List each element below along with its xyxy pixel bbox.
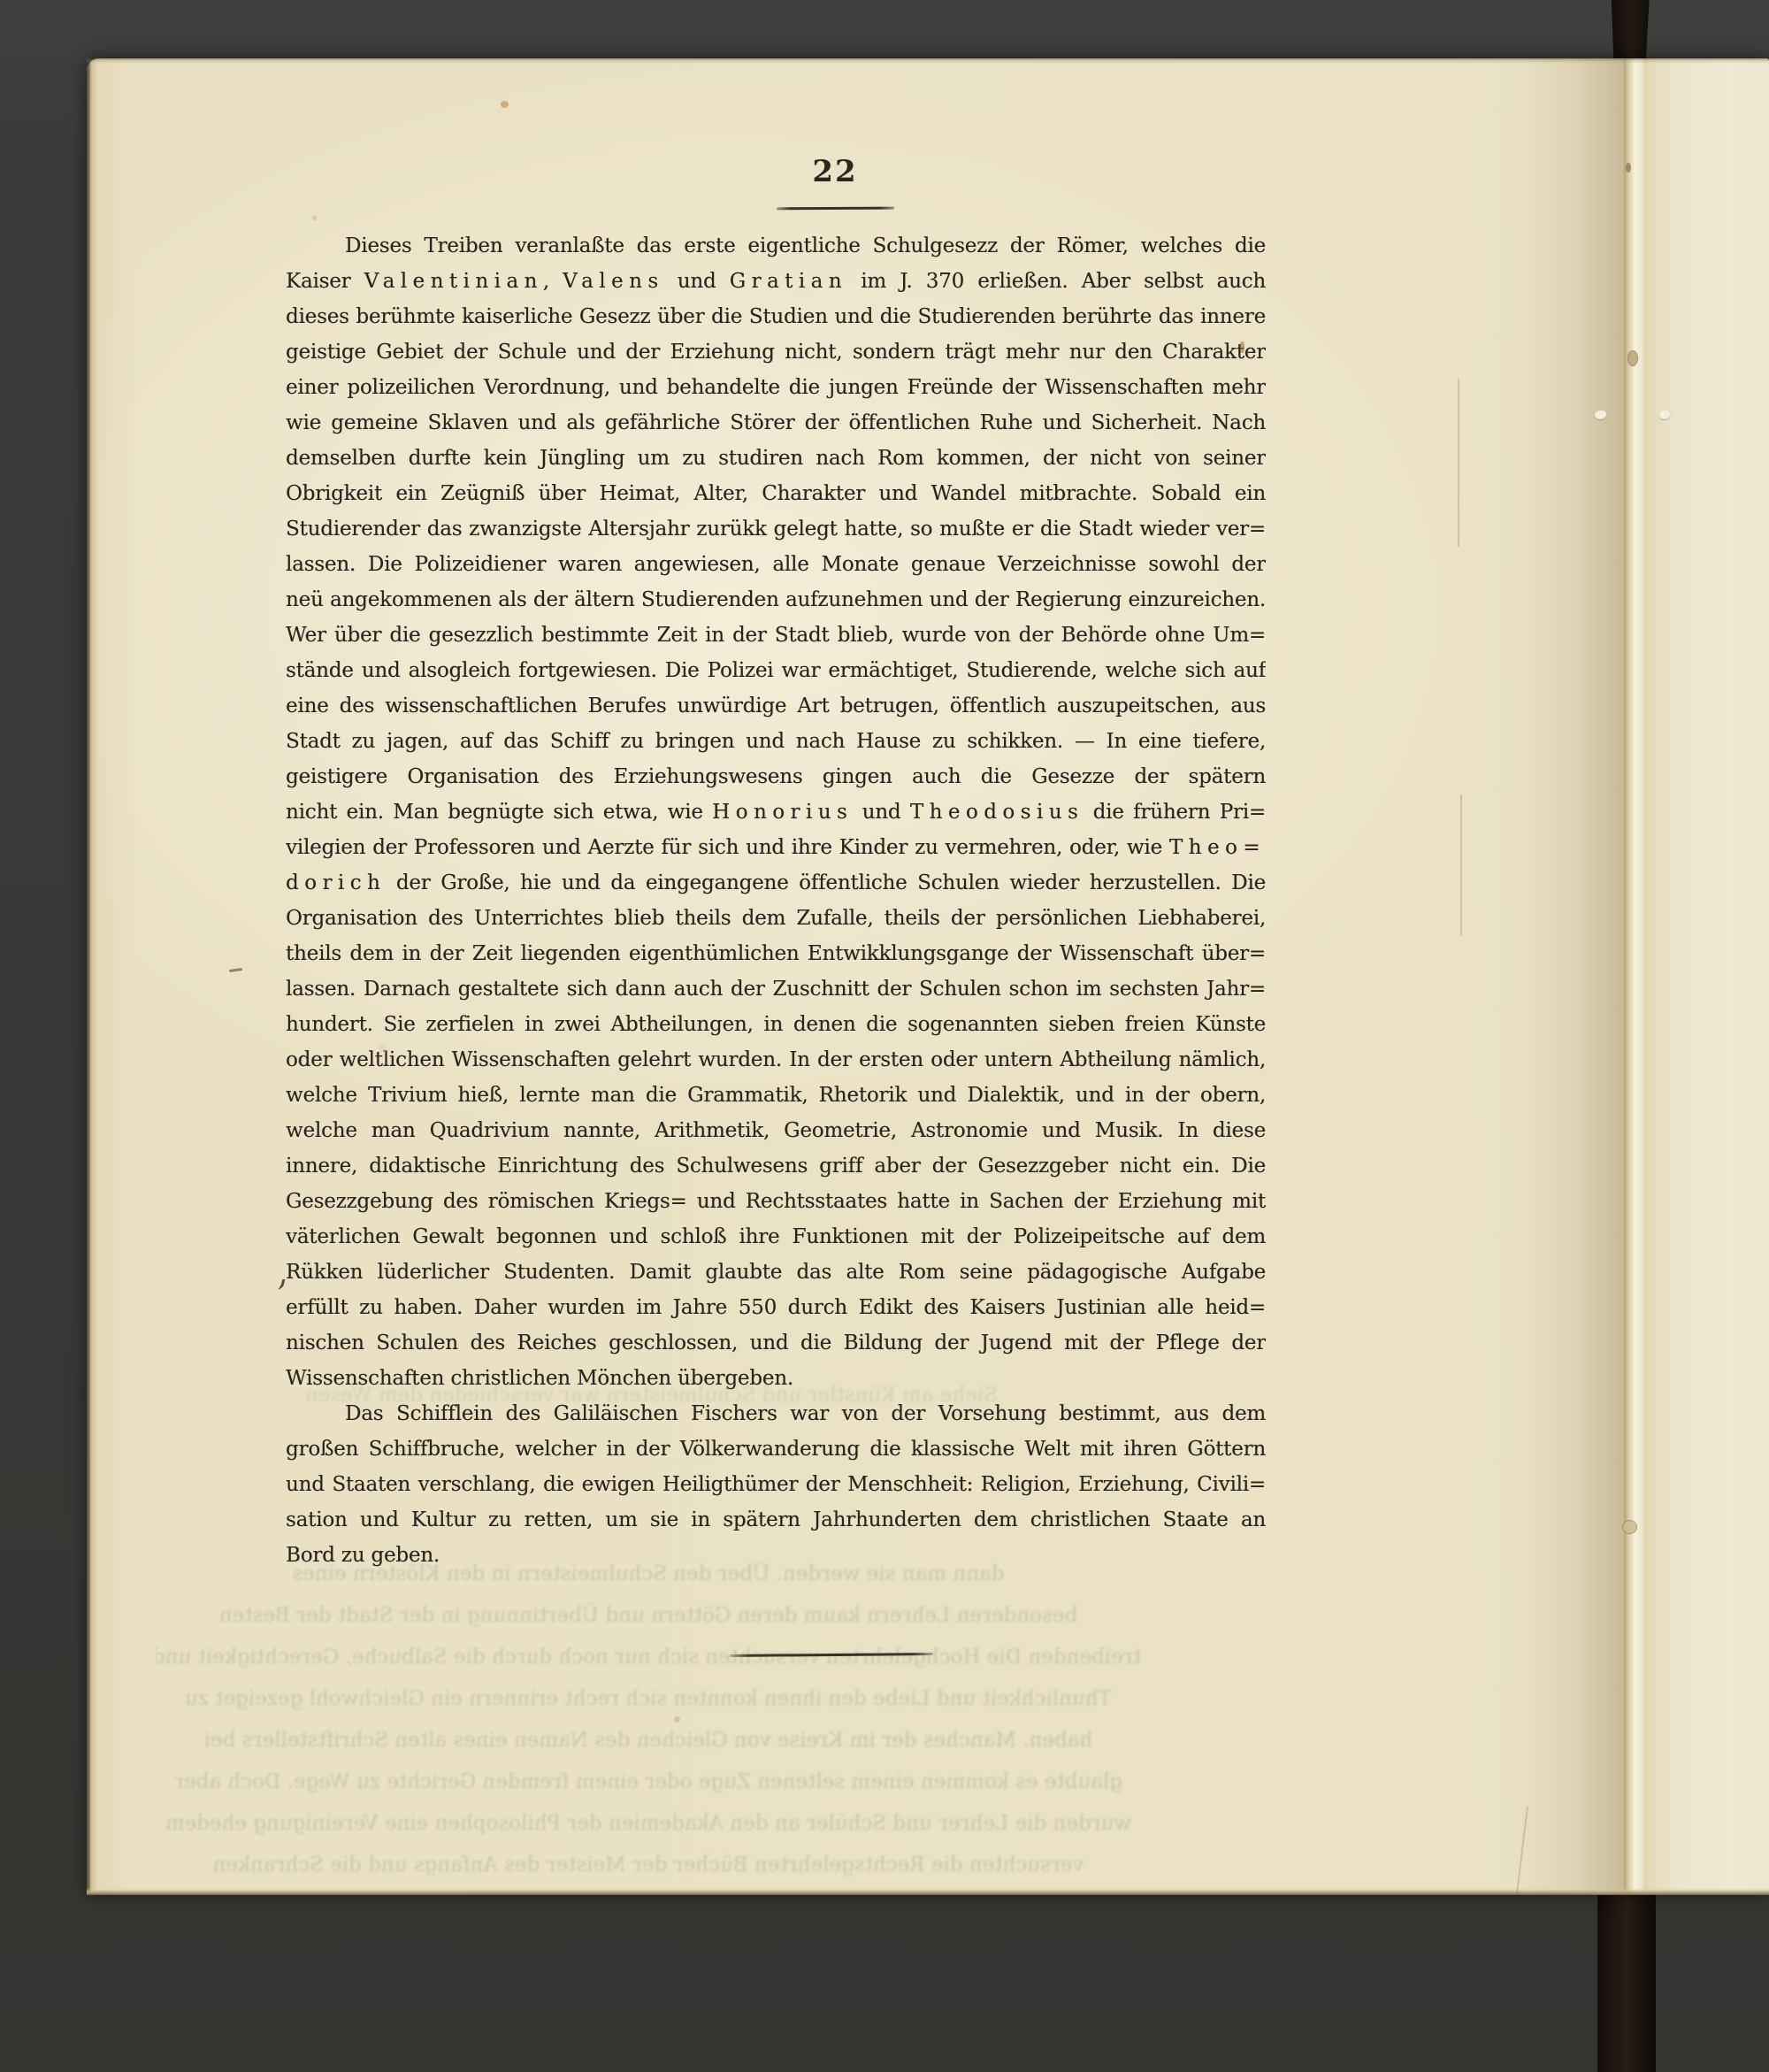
text-line: Rükken lüderlicher Studenten. Damit glau…: [286, 1255, 1266, 1290]
foxing-spot: [312, 216, 317, 220]
page-gutter-shadow: [1511, 58, 1626, 1895]
body-text: Dieses Treiben veranlaßte das erste eige…: [286, 228, 1266, 1573]
foxing-spot: [1240, 341, 1244, 353]
facing-page-edge: [1647, 58, 1769, 1895]
page-number-rule: [777, 207, 894, 211]
text-line: wie gemeine Sklaven und als gefährliche …: [286, 405, 1266, 441]
text-line: nicht ein. Man begnügte sich etwa, wie H…: [286, 794, 1266, 830]
text-line: eine des wissenschaftlichen Berufes unwü…: [286, 688, 1266, 724]
bookmark-ribbon-top: [1610, 0, 1650, 65]
page-crease: [1458, 379, 1459, 547]
text-line: geistige Gebiet der Schule und der Erzie…: [286, 334, 1266, 370]
page-top-edge: [87, 58, 1769, 64]
show-through-line: besonderen Lehrern kaum deren Göttern un…: [156, 1595, 1141, 1637]
text-line: stände und alsogleich fortgewiesen. Die …: [286, 653, 1266, 688]
text-line: Wer über die gesezzlich bestimmte Zeit i…: [286, 618, 1266, 653]
text-line: welche Trivium hieß, lernte man die Gram…: [286, 1078, 1266, 1113]
text-line: lassen. Die Polizeidiener waren angewies…: [286, 547, 1266, 582]
text-line: sation und Kultur zu retten, um sie in s…: [286, 1502, 1266, 1538]
show-through-line: versuchten die Rechtsgelehrten Bücher de…: [156, 1845, 1141, 1886]
page-left-edge: [87, 58, 101, 1895]
show-through-line: haben. Manches der im Kreise von Gleiche…: [156, 1720, 1141, 1761]
paragraph: Das Schifflein des Galiläischen Fischers…: [286, 1396, 1266, 1573]
show-through-line: treibenden Die Hochgelehrten versuchten …: [156, 1637, 1141, 1678]
sewing-hole: [1626, 163, 1631, 173]
show-through-line: dann man sie werden. Über den Schulmeist…: [156, 1554, 1141, 1595]
sewing-hole: [1627, 350, 1638, 366]
text-line: innere, didaktische Einrichtung des Schu…: [286, 1148, 1266, 1184]
foxing-spot: [501, 101, 509, 108]
text-line: neü angekommenen als der ältern Studiere…: [286, 582, 1266, 618]
text-line: dorich der Große, hie und da eingegangen…: [286, 865, 1266, 901]
show-through-line: wurden die Lehrer und Schüler an den Aka…: [156, 1803, 1141, 1845]
text-line: und Staaten verschlang, die ewigen Heili…: [286, 1467, 1266, 1502]
page-crease: [1460, 794, 1462, 936]
ink-artifact-comma: [275, 1278, 286, 1291]
text-line: Organisation des Unterrichtes blieb thei…: [286, 901, 1266, 936]
text-line: nischen Schulen des Reiches geschlossen,…: [286, 1325, 1266, 1361]
margin-dash-artifact: [229, 968, 242, 972]
text-line: dieses berühmte kaiserliche Gesezz über …: [286, 299, 1266, 334]
show-through-line: glaubte es kommen einem seltenen Zuge od…: [156, 1761, 1141, 1803]
book-page: 22 Dieses Treiben veranlaßte das erste e…: [87, 58, 1769, 1895]
foxing-spot: [674, 1716, 680, 1723]
text-line: Gesezzgebung des römischen Kriegs= und R…: [286, 1184, 1266, 1219]
text-line: lassen. Darnach gestaltete sich dann auc…: [286, 971, 1266, 1007]
text-line: vilegien der Professoren und Aerzte für …: [286, 830, 1266, 865]
text-line: oder weltlichen Wissenschaften gelehrt w…: [286, 1042, 1266, 1078]
gutter-crease: [1624, 58, 1647, 1895]
text-line: erfüllt zu haben. Daher wurden im Jahre …: [286, 1290, 1266, 1325]
show-through-text: dann man sie werden. Über den Schulmeist…: [156, 1554, 1141, 1897]
text-line: theils dem in der Zeit liegenden eigenth…: [286, 936, 1266, 971]
bookmark-ribbon-bottom: [1597, 1890, 1656, 2072]
photo-background: 22 Dieses Treiben veranlaßte das erste e…: [0, 0, 1769, 2072]
text-line: hundert. Sie zerfielen in zwei Abtheilun…: [286, 1007, 1266, 1042]
foxing-spot: [379, 1045, 387, 1053]
sewing-hole: [1622, 1520, 1637, 1534]
show-through-line: Siehe am Künstler und Schulmeistern war …: [290, 1380, 998, 1410]
text-line: Dieses Treiben veranlaßte das erste eige…: [286, 228, 1266, 264]
text-line: Stadt zu jagen, auf das Schiff zu bringe…: [286, 724, 1266, 759]
show-through-line: Thunlichkeit und Liebe den ihnen konnten…: [156, 1678, 1141, 1720]
text-line: väterlichen Gewalt begonnen und schloß i…: [286, 1219, 1266, 1255]
page-number: 22: [791, 154, 879, 189]
text-line: großen Schiffbruche, welcher in der Völk…: [286, 1431, 1266, 1467]
text-line: einer polizeilichen Verordnung, und beha…: [286, 370, 1266, 405]
text-line: geistigere Organisation des Erziehungswe…: [286, 759, 1266, 794]
text-line: welche man Quadrivium nannte, Arithmetik…: [286, 1113, 1266, 1148]
text-line: Kaiser Valentinian, Valens und Gratian i…: [286, 264, 1266, 299]
text-line: Studierender das zwanzigste Altersjahr z…: [286, 511, 1266, 547]
text-line: Obrigkeit ein Zeügniß über Heimat, Alter…: [286, 476, 1266, 511]
text-line: demselben durfte kein Jüngling um zu stu…: [286, 441, 1266, 476]
paragraph: Dieses Treiben veranlaßte das erste eige…: [286, 228, 1266, 1396]
